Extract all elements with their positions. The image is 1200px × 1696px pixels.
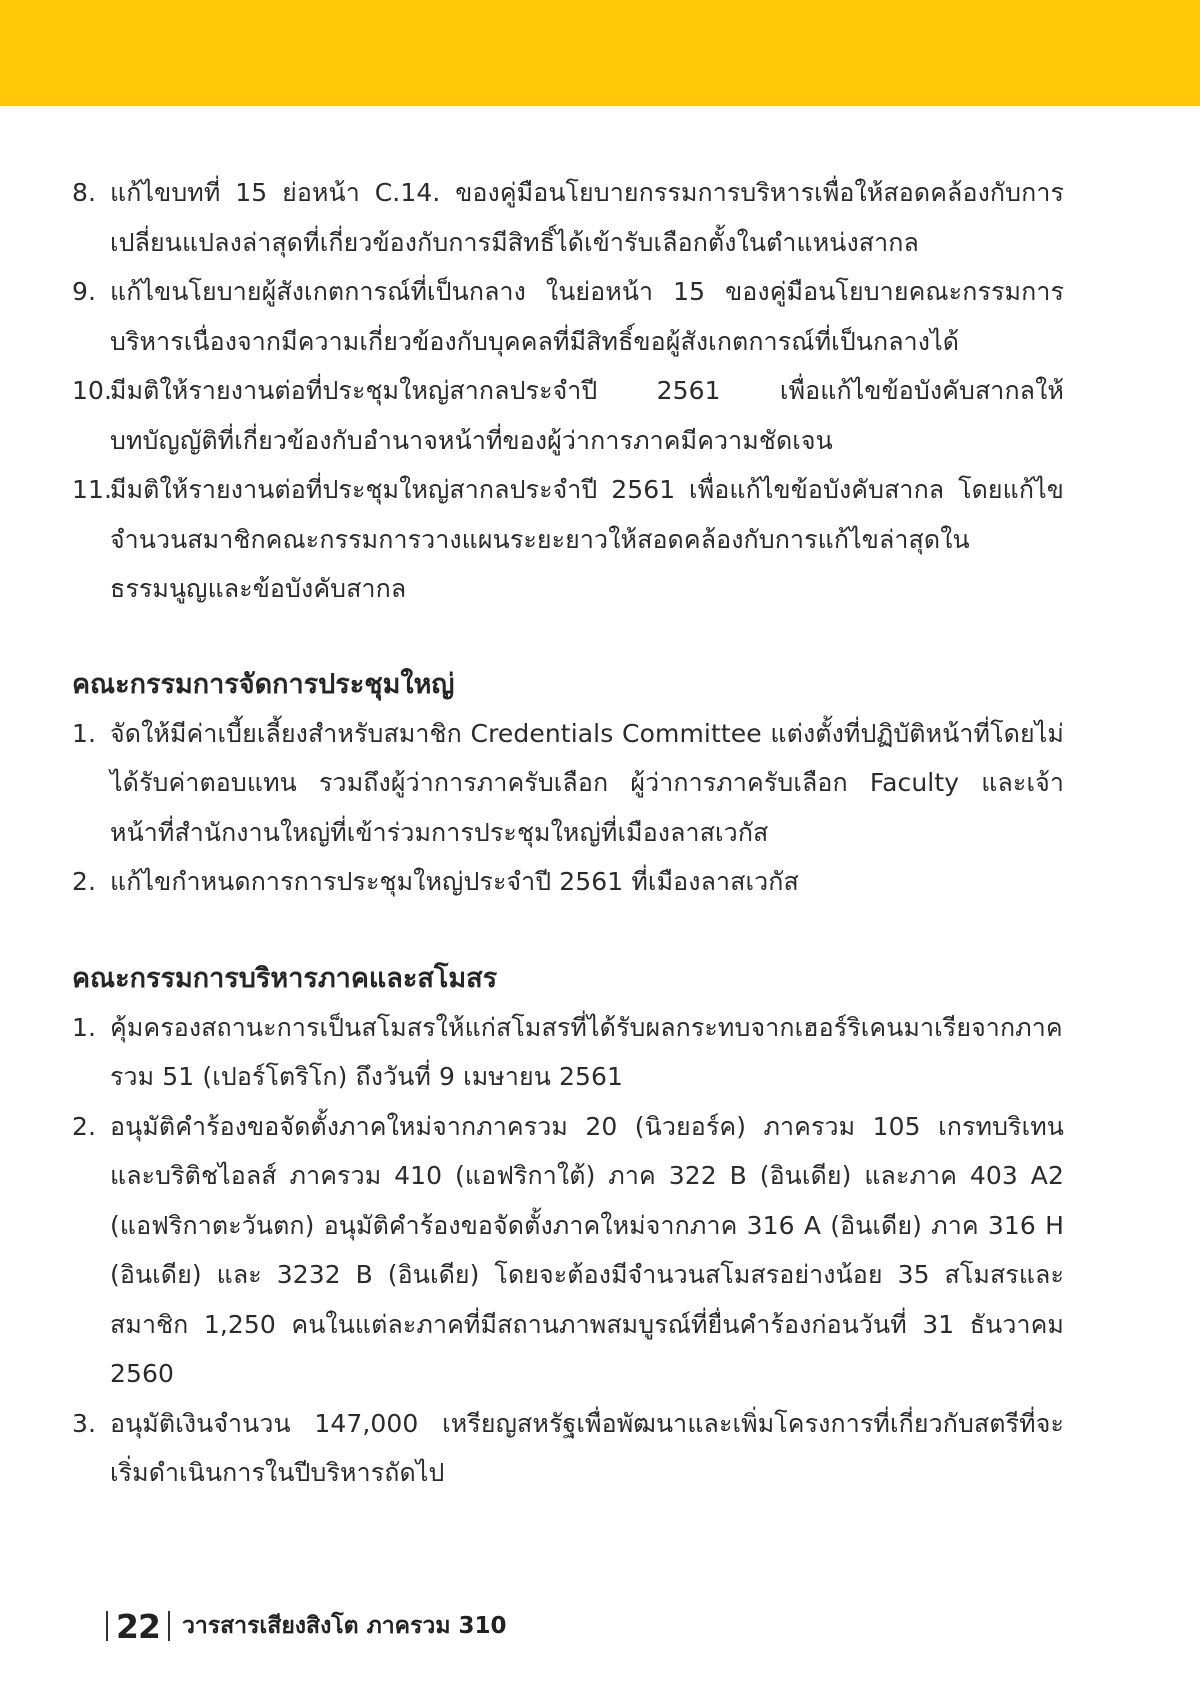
list-item: 10. มีมติให้รายงานต่อที่ประชุมใหญ่สากลปร… [72, 366, 1064, 465]
convention-committee-list: 1. จัดให้มีค่าเบี้ยเลี้ยงสำหรับสมาชิก Cr… [72, 709, 1064, 907]
item-text: อนุมัติเงินจำนวน 147,000 เหรียญสหรัฐเพื่… [110, 1399, 1064, 1498]
list-item: 8. แก้ไขบทที่ 15 ย่อหน้า C.14. ของคู่มือ… [72, 168, 1064, 267]
item-text: คุ้มครองสถานะการเป็นสโมสรให้แก่สโมสรที่ไ… [110, 1003, 1064, 1102]
list-item: 9. แก้ไขนโยบายผู้สังเกตการณ์ที่เป็นกลาง … [72, 267, 1064, 366]
page-content: 8. แก้ไขบทที่ 15 ย่อหน้า C.14. ของคู่มือ… [72, 168, 1064, 1498]
list-item: 2. อนุมัติคำร้องขอจัดตั้งภาคใหม่จากภาครว… [72, 1102, 1064, 1399]
page-footer: 22 วารสารเสียงสิงโต ภาครวม 310 [106, 1604, 507, 1648]
item-text: มีมติให้รายงานต่อที่ประชุมใหญ่สากลประจำป… [110, 366, 1064, 465]
footer-divider [106, 1611, 108, 1641]
district-club-committee-list: 1. คุ้มครองสถานะการเป็นสโมสรให้แก่สโมสรท… [72, 1003, 1064, 1498]
item-number: 1. [72, 709, 96, 759]
page-number: 22 [116, 1607, 160, 1646]
list-item: 2. แก้ไขกำหนดการการประชุมใหญ่ประจำปี 256… [72, 857, 1064, 907]
list-item: 1. คุ้มครองสถานะการเป็นสโมสรให้แก่สโมสรท… [72, 1003, 1064, 1102]
item-text: แก้ไขนโยบายผู้สังเกตการณ์ที่เป็นกลาง ในย… [110, 267, 1064, 366]
list-item: 11. มีมติให้รายงานต่อที่ประชุมใหญ่สากลปร… [72, 465, 1064, 614]
list-item: 1. จัดให้มีค่าเบี้ยเลี้ยงสำหรับสมาชิก Cr… [72, 709, 1064, 858]
section-heading-district-club-committee: คณะกรรมการบริหารภาคและสโมสร [72, 959, 1064, 999]
list-item: 3. อนุมัติเงินจำนวน 147,000 เหรียญสหรัฐเ… [72, 1399, 1064, 1498]
item-number: 1. [72, 1003, 96, 1053]
item-number: 2. [72, 857, 96, 907]
item-number: 10. [72, 366, 112, 416]
publication-title: วารสารเสียงสิงโต ภาครวม 310 [182, 1608, 507, 1644]
item-number: 8. [72, 168, 96, 218]
item-number: 3. [72, 1399, 96, 1449]
header-color-band [0, 0, 1200, 106]
item-text: แก้ไขกำหนดการการประชุมใหญ่ประจำปี 2561 ท… [110, 857, 1064, 907]
item-number: 9. [72, 267, 96, 317]
item-text: อนุมัติคำร้องขอจัดตั้งภาคใหม่จากภาครวม 2… [110, 1102, 1064, 1399]
item-number: 2. [72, 1102, 96, 1152]
continued-resolutions-list: 8. แก้ไขบทที่ 15 ย่อหน้า C.14. ของคู่มือ… [72, 168, 1064, 614]
item-text: มีมติให้รายงานต่อที่ประชุมใหญ่สากลประจำป… [110, 465, 1064, 614]
item-text: แก้ไขบทที่ 15 ย่อหน้า C.14. ของคู่มือนโย… [110, 168, 1064, 267]
item-text: จัดให้มีค่าเบี้ยเลี้ยงสำหรับสมาชิก Crede… [110, 709, 1064, 858]
section-heading-convention-committee: คณะกรรมการจัดการประชุมใหญ่ [72, 665, 1064, 705]
footer-divider [168, 1611, 170, 1641]
item-number: 11. [72, 465, 112, 515]
